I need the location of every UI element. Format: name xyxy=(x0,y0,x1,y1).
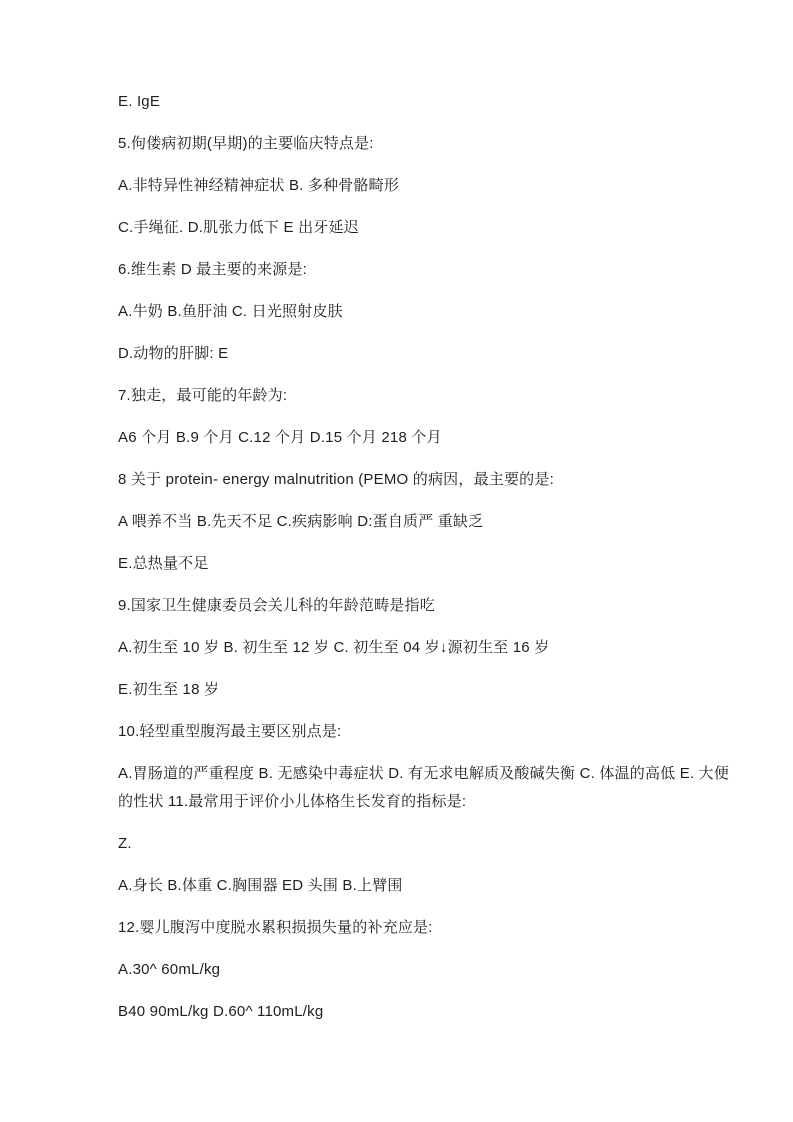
question-9-stem: 9.国家卫生健康委员会关儿科的年龄范畴是指吃 xyxy=(118,592,735,620)
question-5-options-ab: A.非特异性神经精神症状 B. 多种骨骼畸形 xyxy=(118,172,735,200)
question-10-options-and-question-11: A.胃肠道的严重程度 B. 无感染中毒症状 D. 有无求电解质及酸碱失衡 C. … xyxy=(118,760,735,816)
text-line: C.手绳征. D.肌张力低下 E 出牙延迟 xyxy=(118,214,735,242)
question-8-options-abcd: A 喂养不当 B.先天不足 C.疾病影响 D:蛋自质严 重缺乏 xyxy=(118,508,735,536)
text-line: A6 个月 B.9 个月 C.12 个月 D.15 个月 218 个月 xyxy=(118,424,735,452)
question-12-options-bd: B40 90mL/kg D.60^ 110mL/kg xyxy=(118,998,735,1026)
text-line: Z. xyxy=(118,830,735,858)
question-11-options: A.身长 B.体重 C.胸围器 ED 头围 B.上臂围 xyxy=(118,872,735,900)
text-line: 6.维生素 D 最主要的来源是: xyxy=(118,256,735,284)
question-10-stem: 10.轻型重型腹泻最主要区别点是: xyxy=(118,718,735,746)
text-line: 12.婴儿腹泻中度脱水累积损损失量的补充应是: xyxy=(118,914,735,942)
question-7-options: A6 个月 B.9 个月 C.12 个月 D.15 个月 218 个月 xyxy=(118,424,735,452)
text-line: 的性状 11.最常用于评价小儿体格生长发育的指标是: xyxy=(118,788,735,816)
text-line: B40 90mL/kg D.60^ 110mL/kg xyxy=(118,998,735,1026)
text-line: A.初生至 10 岁 B. 初生至 12 岁 C. 初生至 04 岁↓源初生至 … xyxy=(118,634,735,662)
option-e-ige: E. IgE xyxy=(118,88,735,116)
text-line: A.牛奶 B.鱼肝油 C. 日光照射皮肤 xyxy=(118,298,735,326)
text-line: E.总热量不足 xyxy=(118,550,735,578)
text-line: 10.轻型重型腹泻最主要区别点是: xyxy=(118,718,735,746)
text-line: 5.佝偻病初期(早期)的主要临庆特点是: xyxy=(118,130,735,158)
text-line: E.初生至 18 岁 xyxy=(118,676,735,704)
question-9-options-abcd: A.初生至 10 岁 B. 初生至 12 岁 C. 初生至 04 岁↓源初生至 … xyxy=(118,634,735,662)
text-line: A.30^ 60mL/kg xyxy=(118,956,735,984)
question-12-option-a: A.30^ 60mL/kg xyxy=(118,956,735,984)
text-line: A.非特异性神经精神症状 B. 多种骨骼畸形 xyxy=(118,172,735,200)
text-line: 7.独走，最可能的年龄为: xyxy=(118,382,735,410)
question-5-options-cde: C.手绳征. D.肌张力低下 E 出牙延迟 xyxy=(118,214,735,242)
text-line: 9.国家卫生健康委员会关儿科的年龄范畴是指吃 xyxy=(118,592,735,620)
question-12-stem: 12.婴儿腹泻中度脱水累积损损失量的补充应是: xyxy=(118,914,735,942)
text-line: A.身长 B.体重 C.胸围器 ED 头围 B.上臂围 xyxy=(118,872,735,900)
document-page: E. IgE 5.佝偻病初期(早期)的主要临庆特点是: A.非特异性神经精神症状… xyxy=(0,0,793,1122)
question-6-options-de: D.动物的肝脚: E xyxy=(118,340,735,368)
question-6-stem: 6.维生素 D 最主要的来源是: xyxy=(118,256,735,284)
question-9-option-e: E.初生至 18 岁 xyxy=(118,676,735,704)
question-7-stem: 7.独走，最可能的年龄为: xyxy=(118,382,735,410)
question-5-stem: 5.佝偻病初期(早期)的主要临庆特点是: xyxy=(118,130,735,158)
question-8-option-e: E.总热量不足 xyxy=(118,550,735,578)
text-line: A 喂养不当 B.先天不足 C.疾病影响 D:蛋自质严 重缺乏 xyxy=(118,508,735,536)
text-line: 8 关于 protein- energy malnutrition (PEMO … xyxy=(118,466,735,494)
text-line: A.胃肠道的严重程度 B. 无感染中毒症状 D. 有无求电解质及酸碱失衡 C. … xyxy=(118,760,735,788)
question-8-stem: 8 关于 protein- energy malnutrition (PEMO … xyxy=(118,466,735,494)
stray-z-line: Z. xyxy=(118,830,735,858)
text-line: D.动物的肝脚: E xyxy=(118,340,735,368)
text-line: E. IgE xyxy=(118,88,735,116)
question-6-options-abc: A.牛奶 B.鱼肝油 C. 日光照射皮肤 xyxy=(118,298,735,326)
